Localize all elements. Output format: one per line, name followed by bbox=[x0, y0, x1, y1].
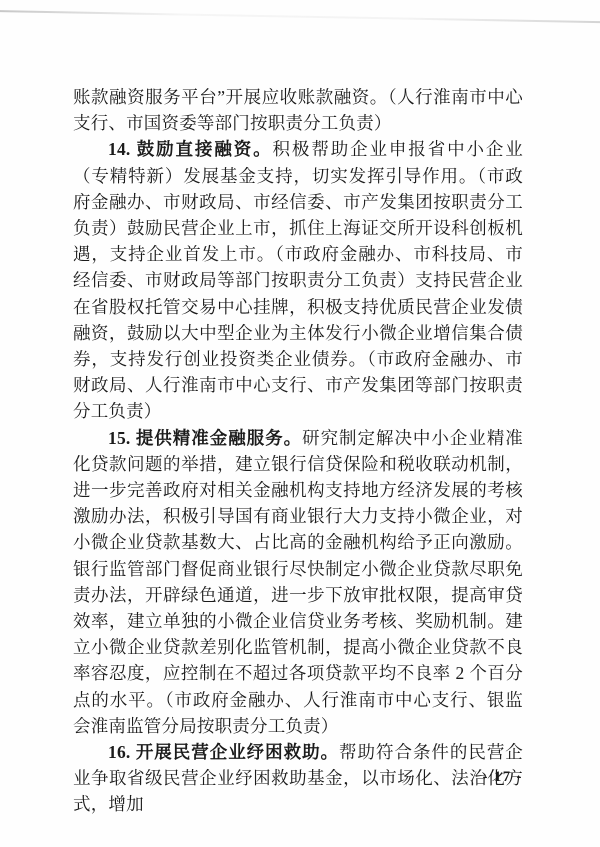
item-heading: 16. 开展民营企业纾困救助。 bbox=[108, 742, 339, 762]
item-heading: 15. 提供精准金融服务。 bbox=[108, 428, 302, 448]
item-heading: 14. 鼓励直接融资。 bbox=[108, 139, 273, 159]
paragraph-item-15: 15. 提供精准金融服务。研究制定解决中小企业精准化贷款问题的举措，建立银行信贷… bbox=[73, 425, 523, 739]
body-text-run: 账款融资服务平台”开展应收账款融资。（人行淮南市中心支行、市国资委等部门按职责分… bbox=[73, 87, 523, 133]
scan-edge-artifact bbox=[0, 10, 600, 23]
page-number: - 17 - bbox=[73, 769, 523, 786]
paragraph-item-14: 14. 鼓励直接融资。积极帮助企业申报省中小企业（专精特新）发展基金支持，切实发… bbox=[73, 136, 523, 424]
body-text-run: 积极帮助企业申报省中小企业（专精特新）发展基金支持，切实发挥引导作用。（市政府金… bbox=[73, 139, 523, 421]
document-page: 账款融资服务平台”开展应收账款融资。（人行淮南市中心支行、市国资委等部门按职责分… bbox=[0, 0, 600, 847]
document-body: 账款融资服务平台”开展应收账款融资。（人行淮南市中心支行、市国资委等部门按职责分… bbox=[73, 84, 523, 818]
body-text-run: 研究制定解决中小企业精准化贷款问题的举措，建立银行信贷保险和税收联动机制，进一步… bbox=[73, 428, 523, 736]
paragraph-continuation: 账款融资服务平台”开展应收账款融资。（人行淮南市中心支行、市国资委等部门按职责分… bbox=[73, 84, 523, 136]
